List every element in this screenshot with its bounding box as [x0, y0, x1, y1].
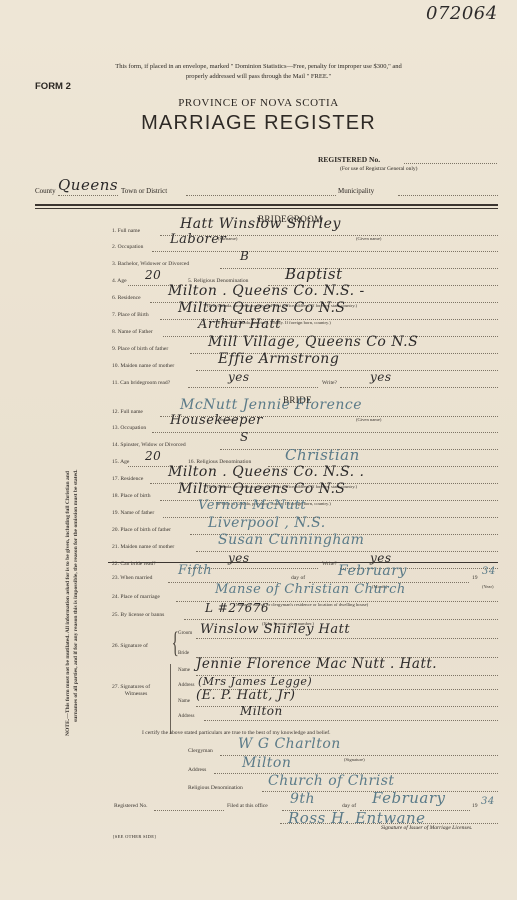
- clergyman-address-label: Address: [188, 767, 206, 773]
- bridegroom-read-field: [188, 387, 318, 388]
- bridegroom-status-label: 3. Bachelor, Widower or Divorced: [112, 261, 189, 267]
- signature-of-label: 26. Signature of: [112, 643, 148, 649]
- marriage-month: February: [338, 563, 407, 579]
- town-field: [186, 195, 336, 196]
- bride-age: 20: [145, 449, 161, 463]
- bridegroom-full_name-label: 1. Full name: [112, 228, 140, 234]
- bride-occupation-field: [152, 432, 498, 433]
- document-number: 072064: [426, 3, 498, 24]
- bridegroom-write: yes: [370, 370, 392, 384]
- bridegroom-father_birthplace-label: 9. Place of birth of father: [112, 346, 168, 352]
- bridegroom-status-field: [220, 268, 498, 269]
- witness2-address: Milton: [240, 704, 283, 718]
- denomination-value: Church of Christ: [268, 773, 395, 789]
- bride-birthplace-label: 18. Place of birth: [112, 493, 151, 499]
- issuer-signature-field: [280, 823, 498, 824]
- mail-notice-line2: properly addressed will pass through the…: [0, 72, 517, 82]
- license-label: 25. By license or banns: [112, 612, 164, 618]
- bridegroom-full_name: Hatt Winslow Shirley: [180, 216, 341, 232]
- bridegroom-write-field: [340, 387, 498, 388]
- bride-religion: Christian: [285, 446, 360, 464]
- bridegroom-birthplace: Milton Queens Co N.S: [178, 300, 346, 316]
- year-prefix: 19: [472, 575, 478, 581]
- denomination-label: Religious Denomination: [188, 785, 243, 791]
- bridegroom-residence-label: 6. Residence: [112, 295, 141, 301]
- bride-heading: BRIDE: [283, 395, 312, 405]
- filed-label: Filed at this office: [227, 803, 268, 809]
- bride-signature-label: Bride: [178, 651, 189, 656]
- bridegroom-status: B: [240, 249, 249, 263]
- marriage-year: 34: [482, 566, 496, 577]
- clergyman-signature-caption: (Signature): [344, 757, 365, 762]
- town-label: Town or District: [121, 187, 167, 195]
- license-number: L #27676: [205, 601, 269, 615]
- bride-signature: Jennie Florence Mac Nutt . Hatt.: [196, 656, 437, 672]
- bride-birthplace: Milton Queens Co N.S: [178, 481, 346, 497]
- groom-signature-field: [196, 638, 498, 639]
- groom-signature: Winslow Shirley Hatt: [200, 622, 350, 637]
- issuer-caption: Signature of Issuer of Marriage Licenses…: [381, 825, 472, 831]
- registered-no-bottom-field: [154, 810, 224, 811]
- witnesses-label-line2: Witnesses: [112, 691, 150, 698]
- municipality-label: Municipality: [338, 187, 374, 195]
- clergyman-signature: W G Charlton: [238, 736, 341, 752]
- province-heading: PROVINCE OF NOVA SCOTIA: [0, 97, 517, 109]
- header-divider-thin: [35, 208, 498, 209]
- bridegroom-birthplace-label: 7. Place of Birth: [112, 312, 149, 318]
- witness1-name: (Mrs James Legge): [198, 675, 312, 688]
- bride-given-caption: (Given name): [356, 417, 381, 422]
- header-divider: [35, 204, 498, 206]
- bridegroom-age-label: 4. Age: [112, 278, 127, 284]
- county-label: County: [35, 187, 56, 195]
- bride-father_birthplace: Liverpool , N.S.: [208, 515, 326, 531]
- registered-no-field: [404, 163, 497, 164]
- bridegroom-occupation: Laborer: [170, 232, 226, 247]
- bridegroom-occupation-label: 2. Occupation: [112, 244, 143, 250]
- bride-status: S: [240, 430, 249, 444]
- witness2-address-field: [204, 720, 498, 721]
- witnesses-label-line1: 27. Signatures of: [112, 684, 150, 691]
- bridegroom-father: Arthur Hatt: [198, 317, 281, 332]
- witness2-address-label: Address: [178, 714, 194, 719]
- bride-occupation: Housekeeper: [170, 413, 263, 428]
- groom-signature-label: Groom: [178, 631, 192, 636]
- bridegroom-residence: Milton . Queens Co. N.S. -: [168, 283, 365, 299]
- bridegroom-father-label: 8. Name of Father: [112, 329, 153, 335]
- bridegroom-read-label: 11. Can bridegroom read?: [112, 380, 170, 386]
- clergyman-label: Clergyman: [188, 748, 213, 754]
- witness2-name: (E. P. Hatt, Jr): [196, 688, 296, 703]
- marriage-register-document: 072064 This form, if placed in an envelo…: [0, 0, 517, 900]
- bride-residence-label: 17. Residence: [112, 476, 143, 482]
- page-title: MARRIAGE REGISTER: [0, 112, 517, 135]
- marriage-day-of-label: day of: [291, 575, 305, 581]
- bride-father_birthplace-label: 20. Place of birth of father: [112, 527, 171, 533]
- bridegroom-religion: Baptist: [285, 265, 343, 283]
- registered-no-label: REGISTERED No.: [318, 155, 380, 164]
- bride-section-divider: [108, 562, 498, 563]
- bride-full_name: McNutt Jennie Florence: [180, 397, 362, 413]
- bride-occupation-label: 13. Occupation: [112, 425, 146, 431]
- side-note-line1: NOTE.—This form must not be mutilated. A…: [64, 469, 72, 736]
- registered-no-caption: (For use of Registrar General only): [340, 166, 417, 172]
- witness-bracket: [170, 664, 171, 734]
- place-of-marriage: Manse of Christian Church: [215, 582, 406, 597]
- bride-father: Vernon McNutt: [198, 498, 306, 513]
- bridegroom-mother-label: 10. Maiden name of mother: [112, 363, 174, 369]
- bridegroom-given-caption: (Given name): [356, 236, 381, 241]
- filed-month: February: [372, 789, 446, 807]
- witness1-address-label: Address: [178, 683, 194, 688]
- bride-father-label: 19. Name of father: [112, 510, 154, 516]
- bride-age-label: 15. Age: [112, 459, 129, 465]
- county-value: Queens: [58, 176, 118, 194]
- witnesses-label: 27. Signatures of Witnesses: [112, 684, 150, 698]
- marriage-day: Fifth: [178, 563, 212, 578]
- year-caption: (Year): [482, 584, 494, 589]
- registered-no-bottom-label: Registered No.: [114, 803, 148, 809]
- witness1-name-label: Name: [178, 668, 190, 673]
- filed-year: 34: [481, 796, 495, 807]
- mail-notice: This form, if placed in an envelope, mar…: [0, 62, 517, 82]
- county-field: [58, 195, 118, 196]
- filed-day: 9th: [290, 791, 315, 807]
- bride-mother: Susan Cunningham: [218, 532, 364, 548]
- bride-residence: Milton . Queens Co. N.S. .: [168, 464, 364, 480]
- bride-mother-label: 21. Maiden name of mother: [112, 544, 174, 550]
- bride-full_name-label: 12. Full name: [112, 409, 143, 415]
- bridegroom-father_birthplace: Mill Village, Queens Co N.S: [208, 334, 418, 350]
- when-married-label: 23. When married: [112, 575, 152, 581]
- bridegroom-read: yes: [228, 370, 250, 384]
- bridegroom-occupation-field: [152, 251, 498, 252]
- bridegroom-write-label: Write?: [322, 380, 337, 386]
- form-label: FORM 2: [35, 81, 71, 92]
- mail-notice-line1: This form, if placed in an envelope, mar…: [0, 62, 517, 72]
- clergyman-address: Milton: [242, 755, 291, 771]
- place-of-marriage-label: 24. Place of marriage: [112, 594, 160, 600]
- bridegroom-mother: Effie Armstrong: [218, 351, 339, 367]
- bridegroom-age: 20: [145, 268, 161, 282]
- see-other-side: [SEE OTHER SIDE]: [113, 834, 156, 839]
- municipality-field: [398, 195, 498, 196]
- side-note: NOTE.—This form must not be mutilated. A…: [64, 469, 80, 736]
- filed-year-prefix: 19: [472, 803, 478, 809]
- license-field: [184, 619, 498, 620]
- bride-status-label: 14. Spinster, Widow or Divorced: [112, 442, 186, 448]
- witness2-name-label: Name: [178, 699, 190, 704]
- side-note-line2: surnames of all parties, and if for any …: [72, 469, 80, 736]
